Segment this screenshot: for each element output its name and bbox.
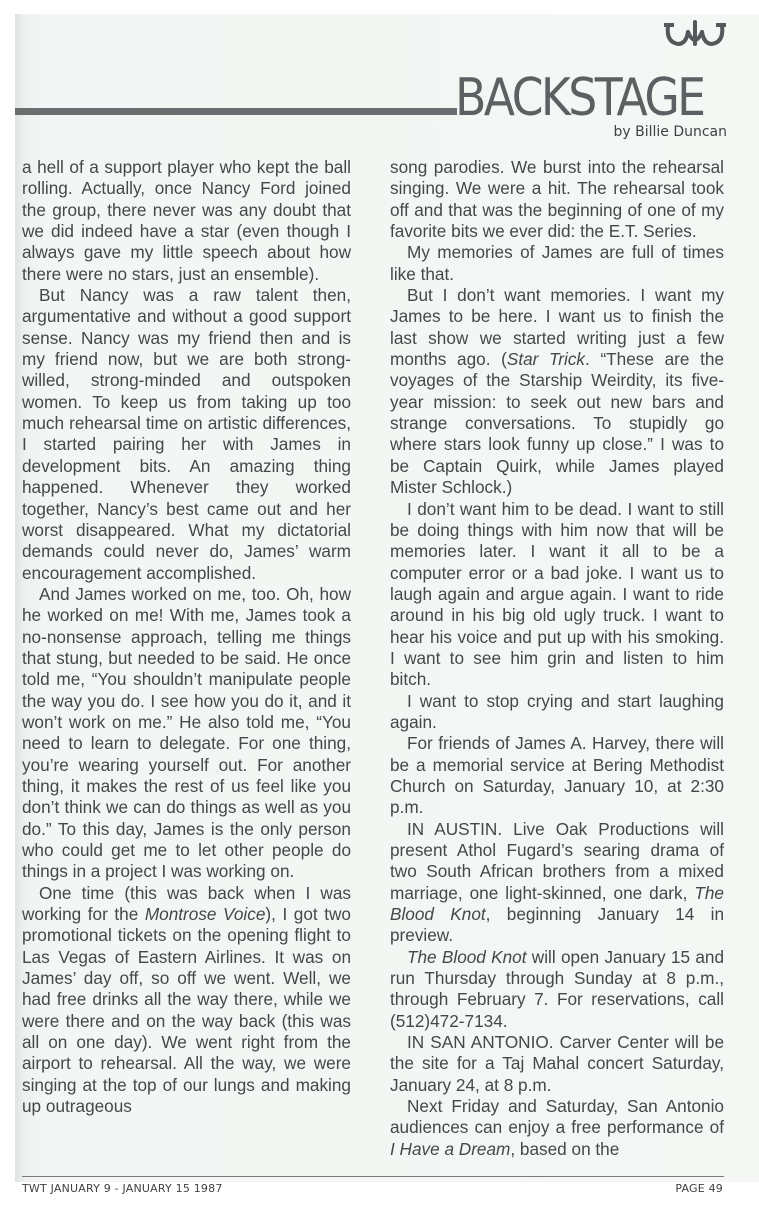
paragraph: song parodies. We burst into the rehears… bbox=[390, 157, 724, 242]
article-column-right: song parodies. We burst into the rehears… bbox=[390, 157, 724, 1160]
italic-title: The Blood Knot bbox=[390, 883, 724, 924]
paragraph: Next Friday and Saturday, San Antonio au… bbox=[390, 1096, 724, 1160]
paragraph: But I don’t want memories. I want my Jam… bbox=[390, 285, 724, 498]
issue-dateline: TWT JANUARY 9 - JANUARY 15 1987 bbox=[22, 1182, 223, 1195]
twt-crest-icon bbox=[664, 18, 726, 48]
paragraph: The Blood Knot will open January 15 and … bbox=[390, 947, 724, 1032]
byline: by Billie Duncan bbox=[613, 124, 727, 140]
page-number: PAGE 49 bbox=[675, 1182, 723, 1195]
header-rule bbox=[15, 108, 457, 115]
paragraph: For friends of James A. Harvey, there wi… bbox=[390, 733, 724, 818]
paragraph: One time (this was back when I was worki… bbox=[22, 883, 351, 1118]
paragraph: a hell of a support player who kept the … bbox=[22, 157, 351, 285]
italic-title: Star Trick bbox=[507, 349, 585, 369]
paragraph: I don’t want him to be dead. I want to s… bbox=[390, 499, 724, 691]
paragraph: IN AUSTIN. Live Oak Productions will pre… bbox=[390, 819, 724, 947]
section-title: BACKSTAGE bbox=[455, 70, 697, 126]
italic-title: Montrose Voice bbox=[145, 904, 266, 924]
footer-rule bbox=[22, 1176, 724, 1177]
paragraph: And James worked on me, too. Oh, how he … bbox=[22, 584, 351, 883]
italic-title: The Blood Knot bbox=[407, 947, 527, 967]
paragraph: I want to stop crying and start laughing… bbox=[390, 691, 724, 734]
paragraph: IN SAN ANTONIO. Carver Center will be th… bbox=[390, 1032, 724, 1096]
paragraph: But Nancy was a raw talent then, argumen… bbox=[22, 285, 351, 584]
article-column-left: a hell of a support player who kept the … bbox=[22, 157, 351, 1117]
paragraph: My memories of James are full of times l… bbox=[390, 242, 724, 285]
italic-title: I Have a Dream bbox=[390, 1139, 510, 1159]
